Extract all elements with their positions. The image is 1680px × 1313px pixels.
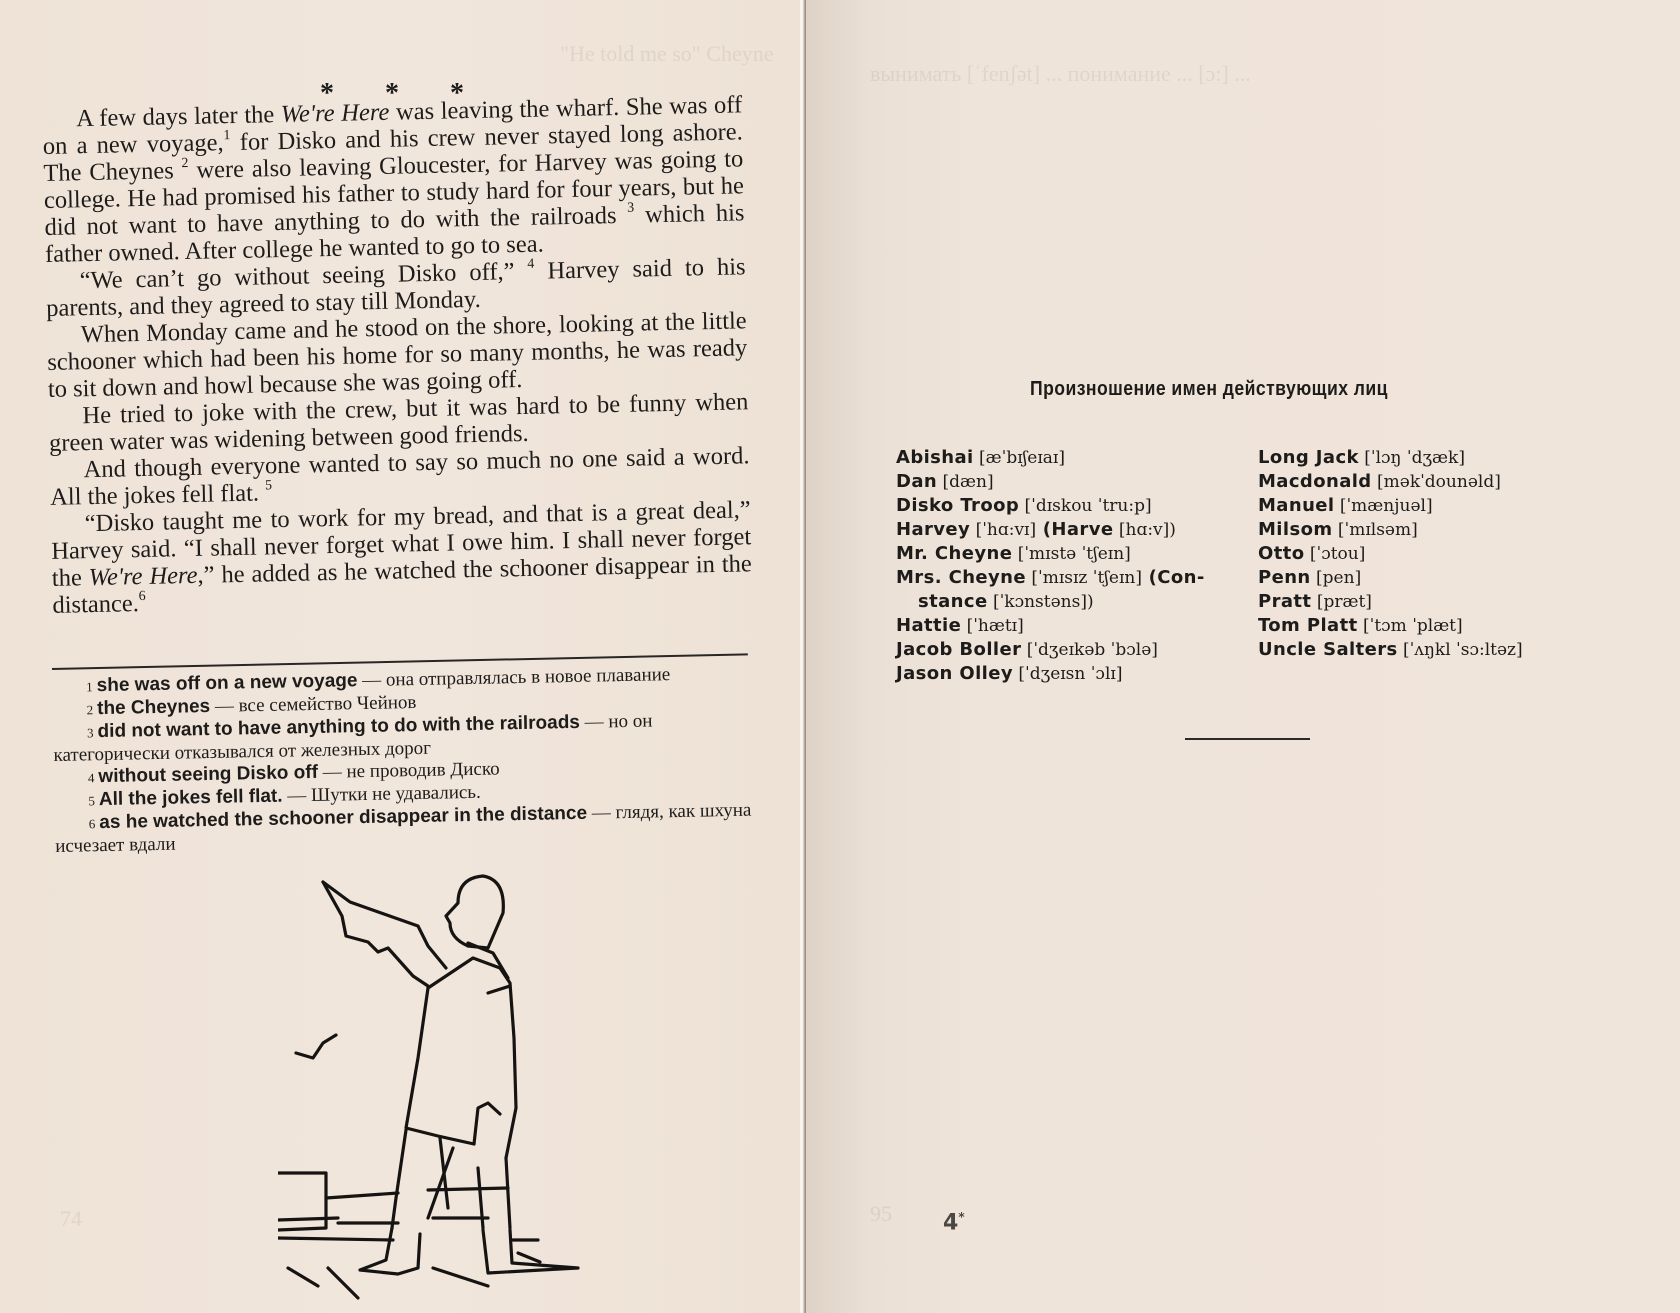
footnote-number: 3 [87,725,94,740]
footnote-russian: она отправлялась в новое плавание [386,664,671,690]
bleed-through-text: "He told me so" Cheyne went [560,40,780,68]
footnote-number: 6 [89,816,96,831]
footnote-ref: 6 [139,589,146,604]
footnote-russian: не проводив Диско [346,758,500,782]
transcription: [ˈdʒeɪkəb ˈbɔlə] [1021,640,1158,660]
character-entry: stance [ˈkɔnstəns]) [896,590,1236,614]
bleed-through-page-number: 95 [870,1200,1630,1228]
character-entry: Hattie [ˈhætɪ] [896,614,1236,638]
story-paragraph: A few days later the We're Here was leav… [42,91,745,268]
transcription: [præt] [1311,592,1372,612]
transcription: [ˈʌŋkl ˈsɔ:ltəz] [1398,640,1523,660]
character-name: Manuel [1258,495,1334,516]
character-entry: Tom Platt [ˈtɔm ˈplæt] [1258,614,1598,638]
transcription: [ˈɔtou] [1304,544,1365,564]
names-column-1: Abishai [æˈbɪʃeɪaɪ]Dan [dæn]Disko Troop … [896,446,1236,686]
character-entry: Manuel [ˈmænjuəl] [1258,494,1598,518]
transcription: [ˈkɔnstəns]) [988,592,1094,612]
footnote-ref: 3 [627,201,634,216]
story-paragraph: “Disko taught me to work for my bread, a… [50,496,752,619]
ship-name: We're Here [281,99,390,128]
alt-name: (Harve [1036,519,1113,540]
transcription: [məkˈdounəld] [1372,472,1501,492]
alt-name: (Con- [1142,567,1205,588]
footnote-english: the Cheynes [97,696,210,719]
character-name: Mrs. Cheyne [896,567,1026,588]
character-name: Long Jack [1258,447,1359,468]
footnote-number: 1 [86,679,93,694]
character-name: Uncle Salters [1258,639,1398,660]
character-name: Jacob Boller [896,639,1021,660]
signature-number: 4 [943,1210,958,1235]
character-name: Harvey [896,519,970,540]
character-entry: Harvey [ˈhɑ:vɪ] (Harve [hɑ:v]) [896,518,1236,542]
character-entry: Disko Troop [ˈdɪskou ˈtru:p] [896,494,1236,518]
bleed-through-text: вынимать [ˈfenʃət] ... понимание ... [ɔ:… [870,60,1630,88]
book-spread: "He told me so" Cheyne went 74 * * * A f… [0,0,1680,1313]
character-name: Disko Troop [896,495,1019,516]
transcription: [dæn] [937,472,993,492]
pointing-man-illustration [278,868,668,1313]
character-name: Hattie [896,615,961,636]
character-name: Abishai [896,447,974,468]
character-entry: Otto [ˈɔtou] [1258,542,1598,566]
character-entry: Jacob Boller [ˈdʒeɪkəb ˈbɔlə] [896,638,1236,662]
character-name: Mr. Cheyne [896,543,1012,564]
transcription: [ˈdʒeɪsn ˈɔlɪ] [1013,664,1122,684]
transcription: [ˈhætɪ] [961,616,1024,636]
footnote-ref: 2 [181,156,188,171]
transcription: [ˈlɔŋ ˈdʒæk] [1359,448,1465,468]
character-name: Dan [896,471,937,492]
ship-name: We're Here [88,562,197,591]
alt-transcription: [hɑ:v]) [1113,520,1175,540]
pronunciation-heading: Произношение имен действующих лиц [1030,378,1388,401]
book-gutter [800,0,806,1313]
story-text: A few days later the We're Here was leav… [42,91,753,619]
character-entry: Pratt [præt] [1258,590,1598,614]
footnote-number: 5 [88,793,95,808]
character-entry: Abishai [æˈbɪʃeɪaɪ] [896,446,1236,470]
transcription: [pen] [1311,568,1362,588]
character-entry: Mrs. Cheyne [ˈmɪsɪz ˈtʃeɪn] (Con- [896,566,1236,590]
signature-mark: * [958,1210,964,1224]
character-entry: Dan [dæn] [896,470,1236,494]
footnote-english: All the jokes fell flat. [99,786,283,811]
footnote-english: without seeing Disko off [98,762,318,787]
transcription: [ˈmɪstə ˈtʃeɪn] [1012,544,1131,564]
transcription: [ˈhɑ:vɪ] [970,520,1036,540]
footnote-ref: 1 [223,128,230,143]
character-name: Penn [1258,567,1311,588]
end-rule [1185,738,1310,740]
character-entry: Jason Olley [ˈdʒeɪsn ˈɔlɪ] [896,662,1236,686]
page-signature: 4* [943,1210,965,1235]
character-name: stance [918,591,988,612]
footnote-ref: 5 [265,478,272,493]
character-name: Macdonald [1258,471,1372,492]
character-name: Tom Platt [1258,615,1358,636]
transcription: [ˈmɪlsəm] [1333,520,1418,540]
character-entry: Macdonald [məkˈdounəld] [1258,470,1598,494]
transcription: [ˈmænjuəl] [1334,496,1432,516]
character-name: Otto [1258,543,1304,564]
names-column-2: Long Jack [ˈlɔŋ ˈdʒæk]Macdonald [məkˈdou… [1258,446,1598,662]
footnotes: 1she was off on a new voyage — она отпра… [52,663,755,858]
character-name: Pratt [1258,591,1311,612]
left-page: "He told me so" Cheyne went 74 * * * A f… [0,0,800,1313]
character-entry: Mr. Cheyne [ˈmɪstə ˈtʃeɪn] [896,542,1236,566]
footnote-ref: 4 [527,257,534,272]
footnote-english: she was off on a new voyage [96,670,357,696]
footnote-number: 4 [88,770,95,785]
character-entry: Penn [pen] [1258,566,1598,590]
footnote-russian: все семейство Чейнов [238,692,416,716]
character-name: Jason Olley [896,663,1013,684]
character-entry: Long Jack [ˈlɔŋ ˈdʒæk] [1258,446,1598,470]
footnote-number: 2 [87,702,94,717]
footnote-russian: Шутки не удавались. [311,782,481,806]
character-entry: Milsom [ˈmɪlsəm] [1258,518,1598,542]
transcription: [ˈtɔm ˈplæt] [1358,616,1463,636]
transcription: [ˈmɪsɪz ˈtʃeɪn] [1026,568,1142,588]
character-name: Milsom [1258,519,1333,540]
bleed-through-page-number: 74 [60,1205,140,1233]
story-paragraph: When Monday came and he stood on the sho… [47,307,749,403]
character-entry: Uncle Salters [ˈʌŋkl ˈsɔ:ltəz] [1258,638,1598,662]
transcription: [æˈbɪʃeɪaɪ] [974,448,1065,468]
transcription: [ˈdɪskou ˈtru:p] [1019,496,1151,516]
